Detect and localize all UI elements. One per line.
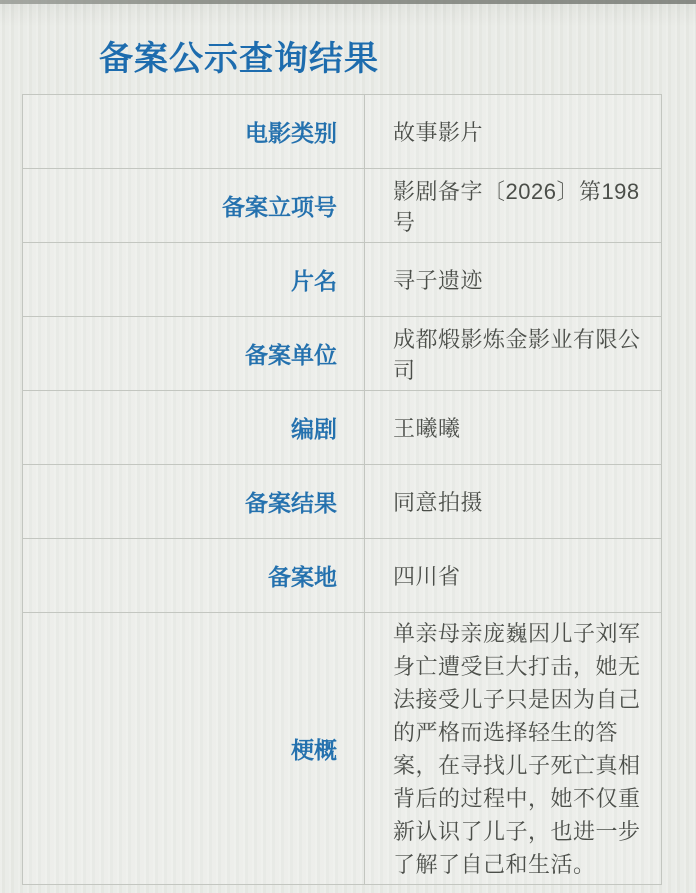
registration-result-table: 电影类别 故事影片 备案立项号 影剧备字〔2026〕第198号 片名 寻子遗迹 … [22,94,662,885]
row-label: 片名 [23,243,365,316]
row-value: 同意拍摄 [365,465,661,538]
table-row-synopsis: 梗概 单亲母亲庞巍因儿子刘军身亡遭受巨大打击，她无法接受儿子只是因为自己的严格而… [23,612,661,884]
page-title: 备案公示查询结果 [99,31,379,80]
table-row-screenwriter: 编剧 王曦曦 [23,390,661,464]
row-value: 寻子遗迹 [365,243,661,316]
row-value: 影剧备字〔2026〕第198号 [365,169,661,242]
row-label: 备案立项号 [23,169,365,242]
row-label: 备案结果 [23,465,365,538]
table-row-film-title: 片名 寻子遗迹 [23,242,661,316]
row-label: 备案地 [23,539,365,612]
photo-top-edge [0,0,696,4]
table-row-film-category: 电影类别 故事影片 [23,95,661,168]
row-value: 单亲母亲庞巍因儿子刘军身亡遭受巨大打击，她无法接受儿子只是因为自己的严格而选择轻… [365,613,661,884]
table-row-registration-number: 备案立项号 影剧备字〔2026〕第198号 [23,168,661,242]
row-value: 成都煅影炼金影业有限公司 [365,317,661,390]
row-label: 备案单位 [23,317,365,390]
table-row-registration-result: 备案结果 同意拍摄 [23,464,661,538]
row-label: 编剧 [23,391,365,464]
table-row-registration-unit: 备案单位 成都煅影炼金影业有限公司 [23,316,661,390]
row-label: 电影类别 [23,95,365,168]
row-value: 故事影片 [365,95,661,168]
row-value: 王曦曦 [365,391,661,464]
table-row-registration-place: 备案地 四川省 [23,538,661,612]
row-label: 梗概 [23,613,365,884]
row-value: 四川省 [365,539,661,612]
